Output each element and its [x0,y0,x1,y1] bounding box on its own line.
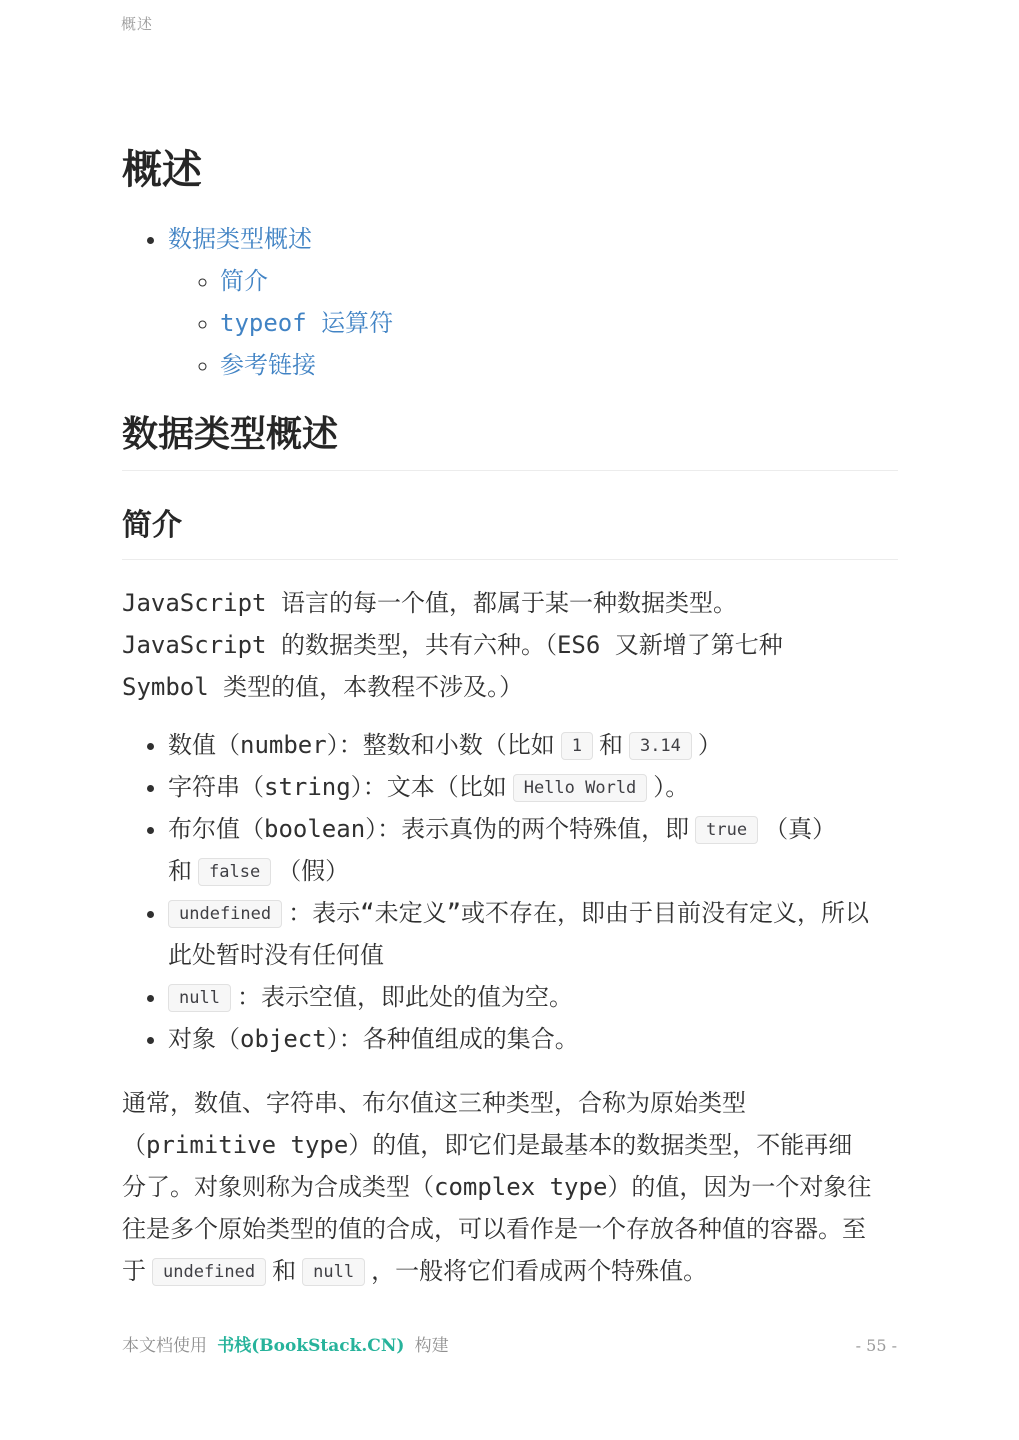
footer-prefix: 本文档使用 [122,1336,217,1356]
text-segment: ，一般将它们看成两个特殊值。 [371,1257,707,1285]
inline-code: 3.14 [629,732,692,760]
toc-link[interactable]: 参考链接 [220,351,316,379]
inline-code: Hello World [513,774,648,802]
text-segment: （假） [277,857,349,885]
page-title: 概述 [122,146,898,194]
toc-sublist: 简介typeof 运算符参考链接 [168,260,898,386]
inline-code: undefined [168,900,282,928]
data-types-list: 数值（number）：整数和小数（比如1和3.14）字符串（string）：文本… [122,724,898,1060]
list-item: 字符串（string）：文本（比如Hello World）。 [168,766,898,808]
text-segment: ：表示空值，即此处的值为空。 [237,983,573,1011]
footer-build-note: 本文档使用 书栈(BookStack.CN) 构建 [122,1331,449,1356]
page-footer: 本文档使用 书栈(BookStack.CN) 构建 - 55 - [122,1331,897,1356]
text-segment: 和 [599,731,623,759]
list-item: 数值（number）：整数和小数（比如1和3.14） [168,724,898,766]
footer-suffix: 构建 [404,1336,448,1356]
page-content: 概述 数据类型概述 简介typeof 运算符参考链接 数据类型概述 简介 Jav… [122,0,898,1292]
text-segment: 通常，数值、字符串、布尔值这三种类型，合称为原始类型 （primitive ty… [122,1089,871,1285]
toc-item-data-types: 数据类型概述 简介typeof 运算符参考链接 [168,218,898,386]
text-segment: 数值（number）：整数和小数（比如 [168,731,555,759]
section-heading-data-types: 数据类型概述 [122,412,898,471]
text-segment: ）。 [653,773,689,801]
text-segment: ） [698,731,722,759]
list-item: 参考链接 [220,344,898,386]
list-item: 对象（object）：各种值组成的集合。 [168,1018,898,1060]
bookstack-brand-link[interactable]: 书栈(BookStack.CN) [217,1336,404,1356]
toc-link-data-types-overview[interactable]: 数据类型概述 [168,225,312,253]
paragraph-intro: JavaScript 语言的每一个值，都属于某一种数据类型。 JavaScrip… [122,582,898,708]
inline-code: true [695,816,758,844]
paragraph-primitive-types: 通常，数值、字符串、布尔值这三种类型，合称为原始类型 （primitive ty… [122,1082,898,1292]
toc-link[interactable]: 简介 [220,267,268,295]
list-item: 布尔值（boolean）：表示真伪的两个特殊值，即true（真） 和false（… [168,808,898,892]
subsection-heading-intro: 简介 [122,507,898,560]
inline-code: null [168,984,231,1012]
toc-list: 数据类型概述 简介typeof 运算符参考链接 [122,218,898,386]
page-number: - 55 - [856,1336,897,1355]
text-segment: 布尔值（boolean）：表示真伪的两个特殊值，即 [168,815,689,843]
inline-code: false [198,858,271,886]
list-item: typeof 运算符 [220,302,898,344]
inline-code: undefined [152,1258,266,1286]
toc-link[interactable]: typeof 运算符 [220,309,393,337]
text-segment: 字符串（string）：文本（比如 [168,773,507,801]
list-item: 简介 [220,260,898,302]
inline-code: 1 [561,732,593,760]
inline-code: null [302,1258,365,1286]
text-segment: 和 [272,1257,296,1285]
list-item: null：表示空值，即此处的值为空。 [168,976,898,1018]
text-segment: 对象（object）：各种值组成的集合。 [168,1025,579,1053]
document-page: 概述 概述 数据类型概述 简介typeof 运算符参考链接 数据类型概述 简介 … [0,0,1019,1440]
list-item: undefined：表示“未定义”或不存在，即由于目前没有定义，所以 此处暂时没… [168,892,898,976]
text-segment: JavaScript 语言的每一个值，都属于某一种数据类型。 JavaScrip… [122,589,783,701]
